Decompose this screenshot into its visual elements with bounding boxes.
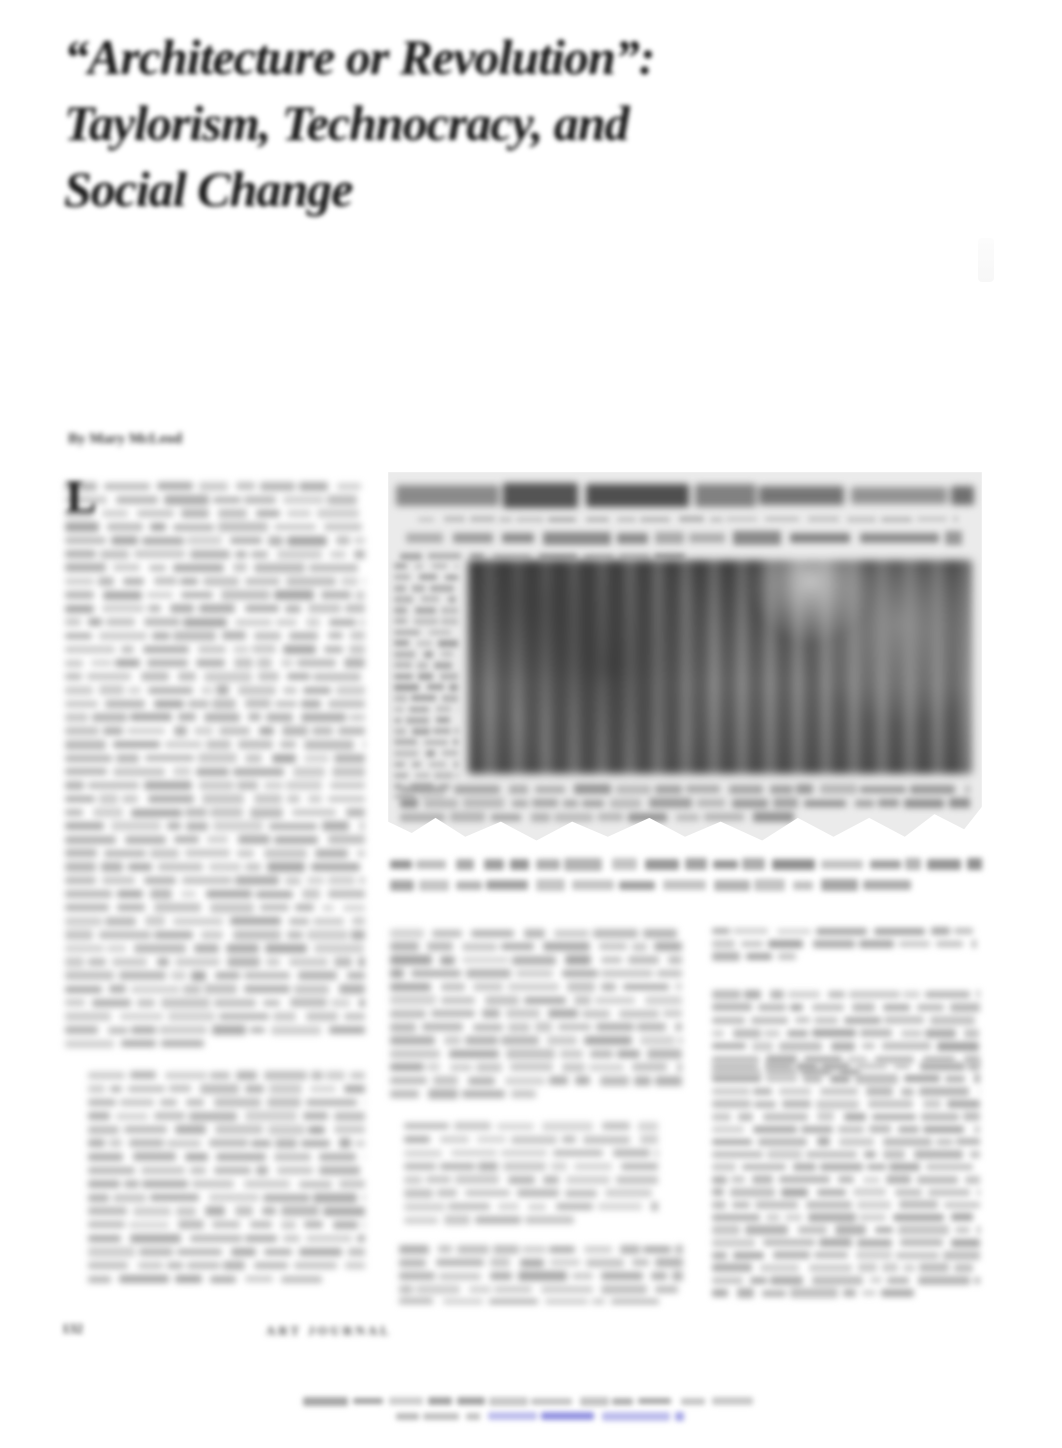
title-line-2: Taylorism, Technocracy, and	[64, 90, 654, 156]
left-column-text	[65, 479, 365, 1049]
dropcap-letter: L	[66, 476, 97, 518]
title-line-3: Social Change	[64, 156, 654, 222]
newspaper-subhead	[406, 528, 962, 548]
newspaper-rule-text	[418, 514, 958, 524]
download-notice-line1	[303, 1396, 757, 1406]
download-notice-line2	[396, 1411, 480, 1421]
scan-artifact	[978, 238, 994, 282]
journal-name: ART JOURNAL	[266, 1323, 392, 1339]
terms-link[interactable]	[488, 1410, 684, 1421]
scanned-article-page: “Architecture or Revolution”: Taylorism,…	[0, 0, 1062, 1448]
byline: By Mary McLeod	[68, 431, 182, 448]
page-number: 132	[62, 1322, 83, 1338]
left-column-text-2	[88, 1068, 365, 1290]
right-column-notes	[712, 1060, 980, 1302]
figure-caption	[390, 853, 982, 897]
newspaper-subrow	[400, 551, 830, 560]
right-column-credit-note	[712, 925, 976, 963]
middle-column-text	[390, 926, 682, 1106]
title-line-1: “Architecture or Revolution”:	[64, 24, 654, 90]
middle-column-quote	[404, 1119, 658, 1229]
aerial-city-photo	[468, 560, 972, 774]
newspaper-left-text-column	[394, 560, 458, 798]
middle-column-text-2	[399, 1242, 683, 1304]
newspaper-bottom-text	[400, 782, 970, 826]
newspaper-clipping-figure	[388, 472, 982, 848]
article-title: “Architecture or Revolution”: Taylorism,…	[64, 24, 654, 222]
newspaper-headline	[396, 480, 974, 510]
